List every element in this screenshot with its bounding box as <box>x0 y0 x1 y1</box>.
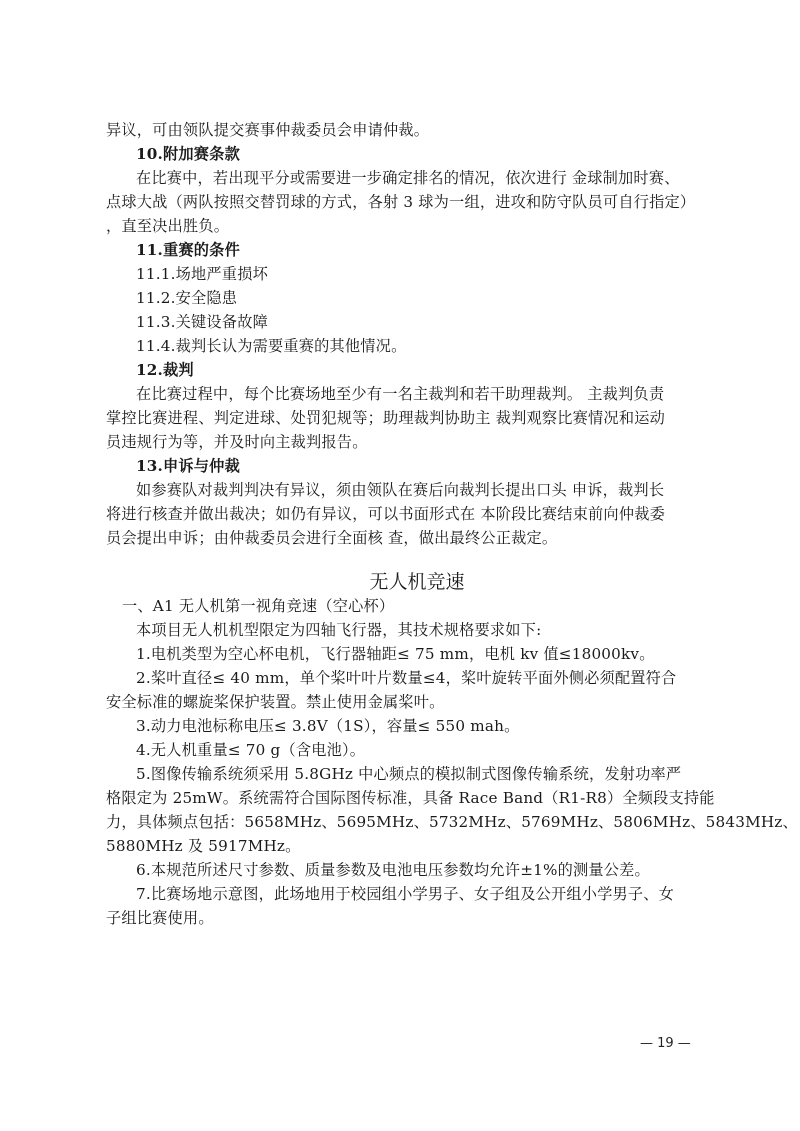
rule-item-5-continued: 格限定为 25mW。系统需符合国际图传标准，具备 Race Band（R1-R8… <box>106 786 698 810</box>
list-item: 11.3.关键设备故障 <box>106 310 698 334</box>
paragraph-line: 将进行核查并做出裁决；如仍有异议，可以书面形式在 本阶段比赛结束前向仲裁委 <box>106 502 698 526</box>
rule-item-7-continued: 子组比赛使用。 <box>106 906 698 930</box>
rule-item-7: 7.比赛场地示意图，此场地用于校园组小学男子、女子组及公开组小学男子、女 <box>106 882 698 906</box>
rule-item-2: 2.桨叶直径≤ 40 mm，单个桨叶叶片数量≤4，桨叶旋转平面外侧必须配置符合 <box>106 666 698 690</box>
rule-item-6: 6.本规范所述尺寸参数、质量参数及电池电压参数均允许±1%的测量公差。 <box>106 858 698 882</box>
document-page: 异议，可由领队提交赛事仲裁委员会申请仲裁。 10.附加赛条款 在比赛中，若出现平… <box>106 118 698 930</box>
paragraph-line: 掌控比赛进程、判定进球、处罚犯规等；助理裁判协助主 裁判观察比赛情况和运动 <box>106 406 698 430</box>
paragraph-line: 在比赛过程中，每个比赛场地至少有一名主裁判和若干助理裁判。 主裁判负责 <box>106 382 698 406</box>
paragraph-line: ，直至决出胜负。 <box>106 214 698 238</box>
paragraph-line: 在比赛中，若出现平分或需要进一步确定排名的情况，依次进行 金球制加时赛、 <box>106 166 698 190</box>
paragraph-line: 如参赛队对裁判判决有异议，须由领队在赛后向裁判长提出口头 申诉，裁判长 <box>106 478 698 502</box>
paragraph-line: 员违规行为等，并及时向主裁判报告。 <box>106 430 698 454</box>
subsection-title-a1: 一、A1 无人机第一视角竞速（空心杯） <box>106 594 698 618</box>
rule-item-4: 4.无人机重量≤ 70 g（含电池）。 <box>106 738 698 762</box>
list-item: 11.1.场地严重损坏 <box>106 262 698 286</box>
section-title-drone-racing: 无人机竞速 <box>106 570 698 594</box>
rule-item-1: 1.电机类型为空心杯电机，飞行器轴距≤ 75 mm，电机 kv 值≤18000k… <box>106 642 698 666</box>
rule-item-5-continued: 5880MHz 及 5917MHz。 <box>106 834 698 858</box>
list-item: 11.2.安全隐患 <box>106 286 698 310</box>
section-heading-10: 10.附加赛条款 <box>106 142 698 166</box>
rule-item-5-continued: 力，具体频点包括：5658MHz、5695MHz、5732MHz、5769MHz… <box>106 810 698 834</box>
rule-item-3: 3.动力电池标称电压≤ 3.8V（1S），容量≤ 550 mah。 <box>106 714 698 738</box>
section-heading-11: 11.重赛的条件 <box>106 238 698 262</box>
paragraph-line: 异议，可由领队提交赛事仲裁委员会申请仲裁。 <box>106 118 698 142</box>
rule-item-2-continued: 安全标准的螺旋桨保护装置。禁止使用金属桨叶。 <box>106 690 698 714</box>
paragraph-line: 本项目无人机机型限定为四轴飞行器，其技术规格要求如下: <box>106 618 698 642</box>
list-item: 11.4.裁判长认为需要重赛的其他情况。 <box>106 334 698 358</box>
paragraph-line: 点球大战（两队按照交替罚球的方式，各射 3 球为一组，进攻和防守队员可自行指定） <box>106 190 698 214</box>
section-heading-12: 12.裁判 <box>106 358 698 382</box>
section-heading-13: 13.申诉与仲裁 <box>106 454 698 478</box>
page-number: — 19 — <box>640 1036 691 1051</box>
rule-item-5: 5.图像传输系统须采用 5.8GHz 中心频点的模拟制式图像传输系统，发射功率严 <box>106 762 698 786</box>
paragraph-line: 员会提出申诉；由仲裁委员会进行全面核 查，做出最终公正裁定。 <box>106 526 698 550</box>
